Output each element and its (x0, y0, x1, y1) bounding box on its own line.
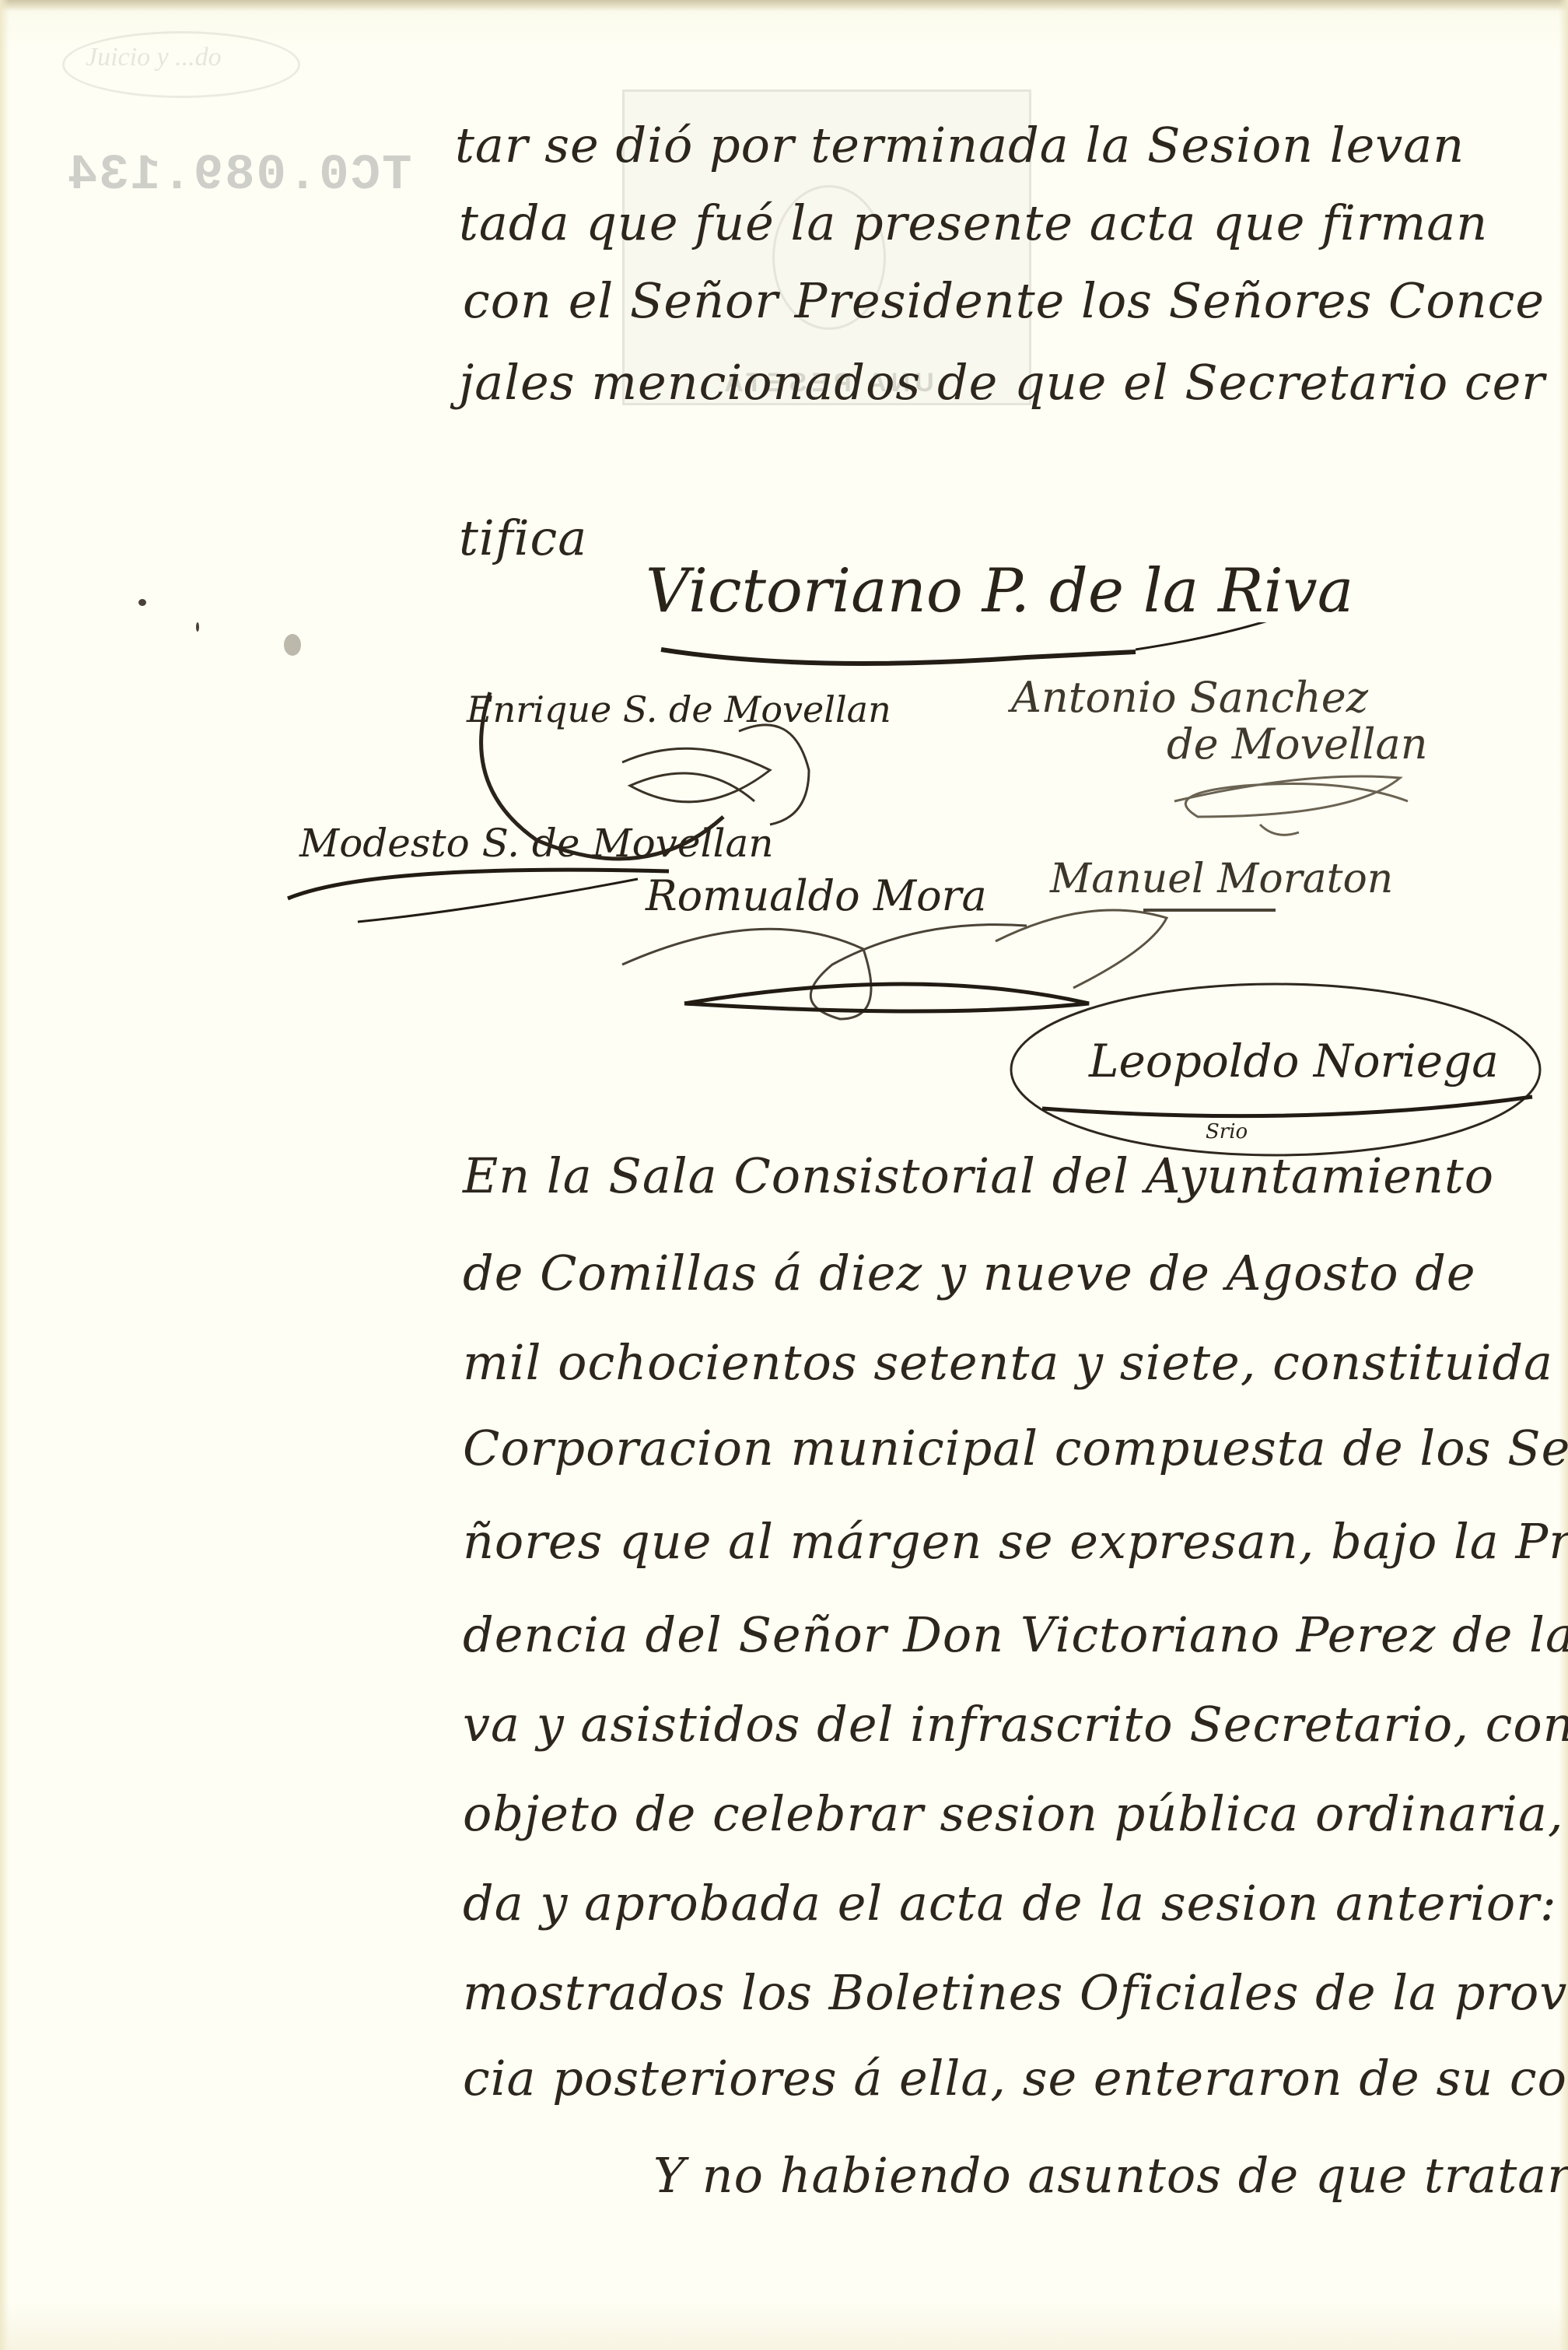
signature-leopoldo-title: Srio (1206, 1120, 1248, 1143)
signature-romualdo: Romualdo Mora (646, 871, 987, 920)
serial-number: TC0.089.134 (66, 148, 411, 204)
signature-underline (653, 622, 1291, 677)
signature-enrique: Enrique S. de Movellan (467, 688, 891, 730)
text-line: ñores que al márgen se expresan, bajo la… (463, 1513, 1568, 1570)
ghost-stamp-text: Juicio y ...do (86, 43, 288, 72)
text-line: va y asistidos del infrascrito Secretari… (463, 1696, 1568, 1753)
ink-spot (196, 622, 199, 632)
ink-blot (284, 634, 301, 656)
signature-manuel: Manuel Moraton (1050, 856, 1393, 902)
ink-spot (138, 599, 146, 606)
signature-flourish (1151, 762, 1431, 848)
text-line: tada que fué la presente acta que firman (459, 194, 1488, 251)
text-line: da y aprobada el acta de la sesion anter… (463, 1875, 1557, 1931)
signature-modesto: Modesto S. de Movellan (299, 821, 774, 866)
text-line: mostrados los Boletines Oficiales de la … (463, 1964, 1568, 2021)
text-line: dencia del Señor Don Victoriano Perez de… (463, 1606, 1568, 1663)
signature-leopoldo: Leopoldo Noriega (1089, 1035, 1499, 1087)
text-line: mil ochocientos setenta y siete, constit… (463, 1334, 1568, 1391)
manuscript-page: Juicio y ...do TC0.089.134 UNA PESETA ta… (0, 0, 1568, 2350)
text-line: con el Señor Presidente los Señores Conc… (463, 272, 1545, 329)
text-line: cia posteriores á ella, se enteraron de … (463, 2050, 1568, 2107)
signature-antonio-line2: de Movellan (1167, 720, 1427, 769)
text-line: tifica (459, 510, 587, 566)
page-left-edge (0, 0, 9, 2350)
text-line: Y no habiendo asuntos de que tratar (653, 2147, 1568, 2204)
page-top-edge (0, 0, 1568, 11)
text-line: jales mencionados de que el Secretario c… (459, 354, 1545, 411)
text-line: objeto de celebrar sesion pública ordina… (463, 1785, 1568, 1842)
text-line: En la Sala Consistorial del Ayuntamiento (463, 1147, 1494, 1204)
signature-antonio-line1: Antonio Sanchez (1011, 673, 1368, 722)
text-line: Corporacion municipal compuesta de los S… (463, 1420, 1568, 1476)
signature-victoriano: Victoriano P. de la Riva (646, 556, 1353, 626)
text-line: de Comillas á diez y nueve de Agosto de (463, 1245, 1476, 1301)
text-line: tar se dió por terminada la Sesion levan (455, 117, 1465, 173)
